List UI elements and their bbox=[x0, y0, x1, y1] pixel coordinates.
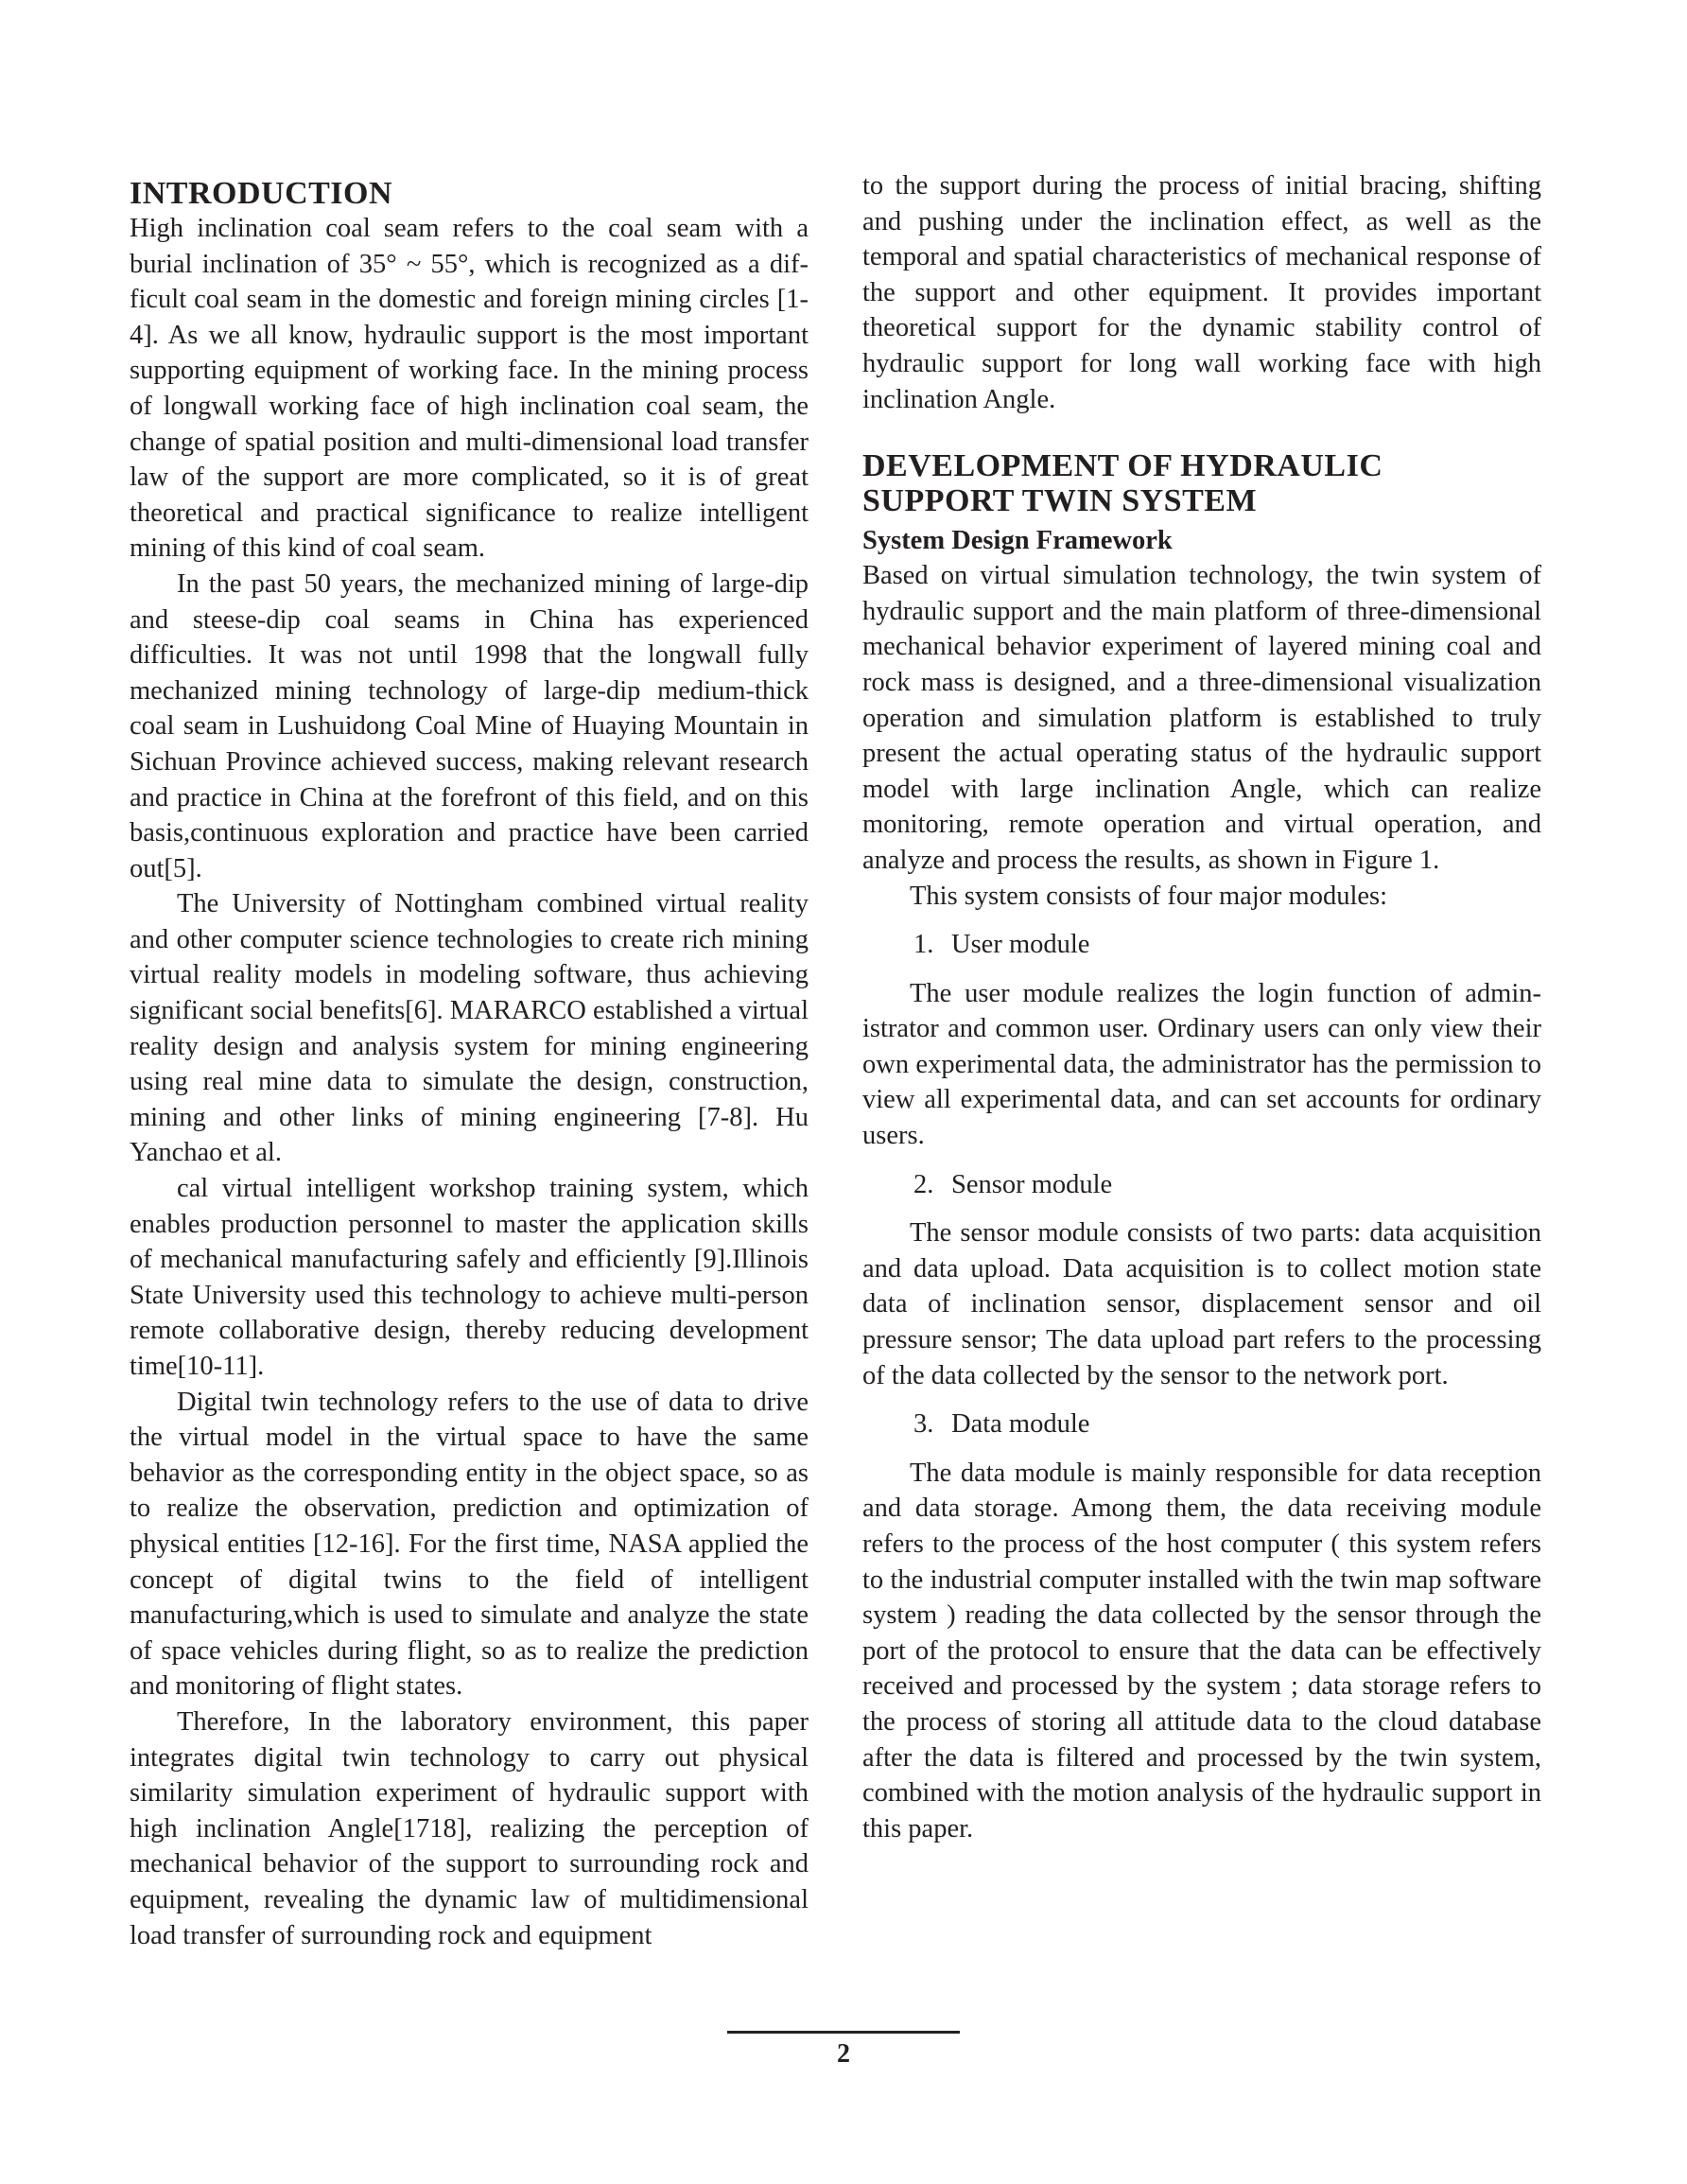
list-number: 3. bbox=[913, 1406, 951, 1442]
module-title: Sensor module bbox=[951, 1170, 1112, 1199]
user-module-description: The user module realizes the login funct… bbox=[862, 976, 1541, 1154]
intro-paragraph-1: High inclination coal seam refers to the… bbox=[130, 211, 809, 567]
sensor-module-description: The sensor module consists of two parts:… bbox=[862, 1215, 1541, 1393]
intro-paragraph-4: cal virtual intelligent workshop trainin… bbox=[130, 1171, 809, 1385]
development-section-heading: DEVELOPMENT OF HYDRAULIC SUPPORT TWIN SY… bbox=[862, 448, 1541, 518]
intro-paragraph-3: The University of Nottingham combined vi… bbox=[130, 886, 809, 1171]
right-column: to the support during the process of ini… bbox=[862, 168, 1541, 1846]
intro-paragraph-5: Digital twin technology refers to the us… bbox=[130, 1385, 809, 1704]
system-design-framework-subheading: System Design Framework bbox=[862, 524, 1541, 558]
intro-paragraph-2: In the past 50 years, the mechanized min… bbox=[130, 567, 809, 886]
section-heading-line-1: DEVELOPMENT OF HYDRAULIC bbox=[862, 448, 1383, 483]
list-number: 2. bbox=[913, 1167, 951, 1203]
module-list-item-data: 3.Data module bbox=[862, 1406, 1541, 1442]
section-heading-line-2: SUPPORT TWIN SYSTEM bbox=[862, 483, 1257, 518]
data-module-description: The data module is mainly responsible fo… bbox=[862, 1456, 1541, 1847]
modules-intro-paragraph: This system consists of four major modul… bbox=[862, 879, 1541, 915]
module-list-item-user: 1.User module bbox=[862, 927, 1541, 963]
list-number: 1. bbox=[913, 927, 951, 963]
intro-continuation-paragraph: to the support during the process of ini… bbox=[862, 168, 1541, 417]
framework-paragraph: Based on virtual simulation technology, … bbox=[862, 558, 1541, 878]
left-column: INTRODUCTION High inclination coal seam … bbox=[130, 168, 809, 1953]
module-title: User module bbox=[951, 930, 1089, 959]
intro-paragraph-6: Therefore, In the laboratory environment… bbox=[130, 1704, 809, 1953]
page-number: 2 bbox=[727, 2037, 960, 2071]
module-title: Data module bbox=[951, 1409, 1089, 1439]
footer-rule bbox=[727, 2031, 960, 2034]
module-list-item-sensor: 2.Sensor module bbox=[862, 1167, 1541, 1203]
introduction-heading: INTRODUCTION bbox=[130, 176, 809, 211]
